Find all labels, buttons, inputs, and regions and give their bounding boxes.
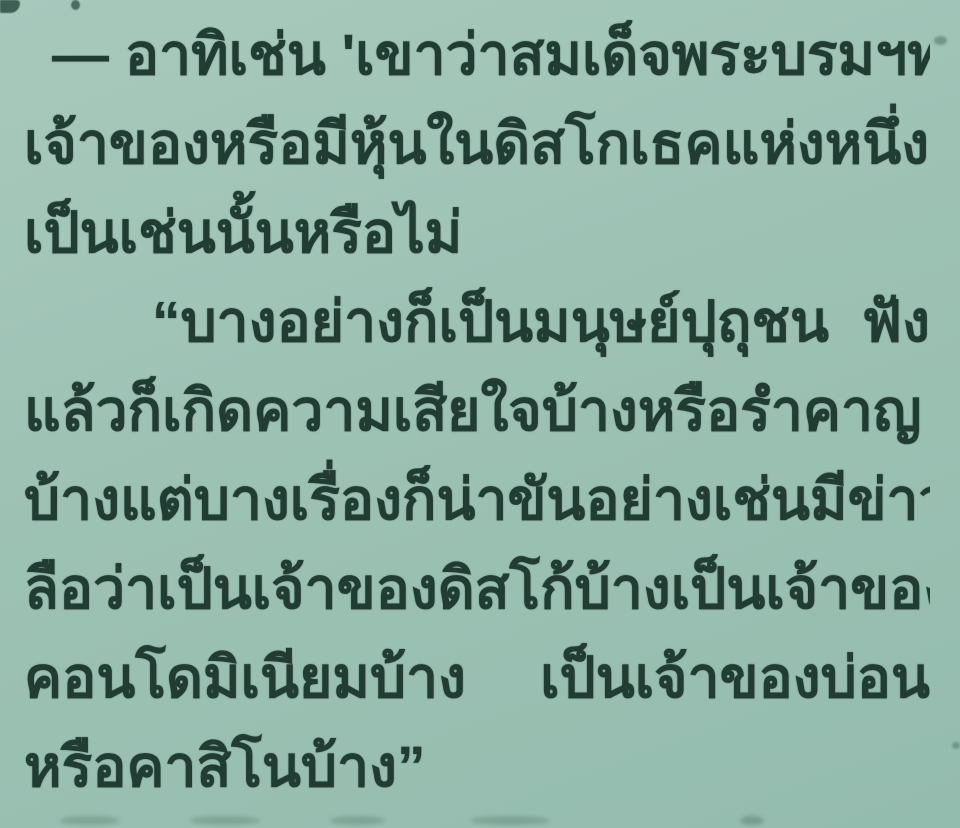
text-line: เป็นเช่นนั้นหรือไม่ (24, 188, 930, 277)
text-segment: ฟัง (862, 277, 930, 366)
text-line: บ้างแต่บางเรื่องก็น่าขันอย่างเช่นมีข่าว (24, 455, 930, 544)
text-segment: เจ้าของหรือมีหุ้นในดิสโกเธคแห่งหนึ่ง' (24, 99, 930, 188)
text-line: คอนโดมิเนียมบ้างเป็นเจ้าของบ่อน (24, 633, 930, 722)
text-segment: แต่บางเรื่องก็น่าขัน (120, 455, 585, 544)
text-line: หรือคาสิโนบ้าง” (24, 722, 930, 811)
text-line: ลือว่าเป็นเจ้าของดิสโก้บ้างเป็นเจ้าของ (24, 544, 930, 633)
text-line: เจ้าของหรือมีหุ้นในดิสโกเธคแห่งหนึ่ง' (24, 99, 930, 188)
text-segment: เป็นเจ้าของ (671, 544, 930, 633)
text-block: — อาทิเช่น 'เขาว่าสมเด็จพระบรมฯทรงเป็นเจ… (24, 10, 930, 811)
text-segment: — อาทิเช่น 'เขาว่าสมเด็จพระบรมฯทรงเป็น (52, 10, 930, 99)
text-line: “บางอย่างก็เป็นมนุษย์ปุถุชนฟัง (24, 277, 930, 366)
text-segment: เป็นเช่นนั้นหรือไม่ (24, 188, 462, 277)
scanned-page: — อาทิเช่น 'เขาว่าสมเด็จพระบรมฯทรงเป็นเจ… (0, 0, 960, 828)
text-segment: คอนโดมิเนียมบ้าง (24, 633, 466, 722)
text-segment: หรือคาสิโนบ้าง” (24, 722, 425, 811)
text-segment: เป็นเจ้าของบ่อน (540, 633, 930, 722)
text-segment: ลือว่าเป็นเจ้าของดิสโก้บ้าง (24, 544, 671, 633)
text-segment: “บางอย่างก็เป็นมนุษย์ปุถุชน (152, 277, 829, 366)
text-segment: อย่างเช่นมีข่าว (585, 455, 930, 544)
text-line: แล้วก็เกิดความเสียใจบ้างหรือรำคาญ (24, 366, 930, 455)
text-segment: บ้าง (24, 455, 120, 544)
text-line: — อาทิเช่น 'เขาว่าสมเด็จพระบรมฯทรงเป็น (24, 10, 930, 99)
text-segment: แล้วก็เกิดความเสียใจบ้างหรือรำคาญ (24, 366, 922, 455)
